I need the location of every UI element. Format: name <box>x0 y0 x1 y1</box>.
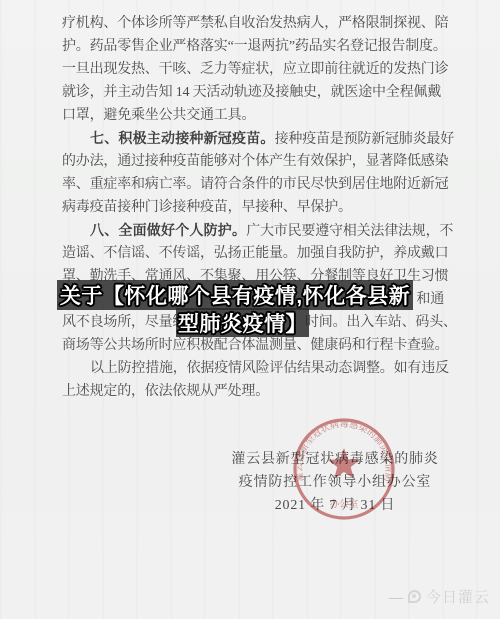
document-line: 就诊，并主动告知 14 天活动轨迹及接触史，就医途中全程佩戴 <box>62 81 450 104</box>
document-line: 病毒疫苗接种门诊接种疫苗，早接种、早保护。 <box>62 196 450 219</box>
headline-line2: 型肺炎疫情】 <box>176 308 309 337</box>
document-line: 护。药品零售企业严格落实“一退两抗”药品实名登记报告制度。 <box>62 35 450 58</box>
document-body: 疗机构、个体诊所等严禁私自收治发热病人，严格限制探视、陪护。药品零售企业严格落实… <box>62 12 450 403</box>
document-line: 口罩，避免乘坐公共交通工具。 <box>62 104 450 127</box>
document-line: 疗机构、个体诊所等严禁私自收治发热病人，严格限制探视、陪 <box>62 12 450 35</box>
document-line: 的办法，通过接种疫苗能够对个体产生有效保护，显著降低感染 <box>62 150 450 173</box>
official-seal: 灌云县新型冠状病毒感染的肺炎疫情防控工作领导小组 办公室 <box>288 413 400 525</box>
document-line: 造谣、不信谣、不传谣，弘扬正能量。加强自我防护，养成戴口 <box>62 242 450 265</box>
watermark: — 今日灌云 <box>389 586 490 607</box>
seal-bottom-text: 办公室 <box>330 498 359 510</box>
document-line: 率、重症率和病亡率。请符合条件的市民尽快到居住地附近新冠 <box>62 173 450 196</box>
document-line: 七、积极主动接种新冠疫苗。接种疫苗是预防新冠肺炎最好 <box>62 127 450 150</box>
document-line: 八、全面做好个人防护。广大市民要遵守相关法律法规，不 <box>62 219 450 242</box>
document-line: 一旦出现发热、干咳、乏力等症状，应立即前往就近的发热门诊 <box>62 58 450 81</box>
document-page: 疗机构、个体诊所等严禁私自收治发热病人，严格限制探视、陪护。药品零售企业严格落实… <box>0 0 500 619</box>
watermark-dash: — <box>389 589 403 605</box>
brand-logo-icon <box>408 590 421 603</box>
document-line: 以上防控措施，依据疫情风险评估结果动态调整。如有违反 <box>62 357 450 380</box>
document-line: 上述规定的，依法依规从严处理。 <box>62 380 450 403</box>
star-icon <box>328 448 360 479</box>
watermark-text: 今日灌云 <box>426 586 490 607</box>
headline-line1: 关于【怀化哪个县有疫情,怀化各县新 <box>57 280 413 310</box>
